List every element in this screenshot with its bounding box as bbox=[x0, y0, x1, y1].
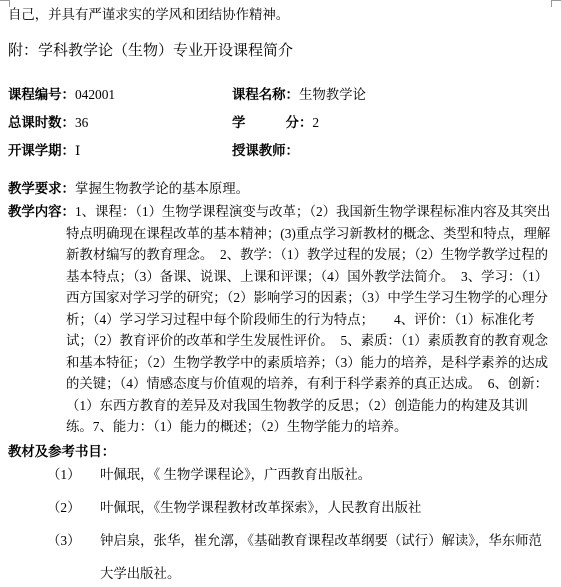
field-semester-label: 开课学期： bbox=[8, 143, 75, 158]
field-course-name-value: 生物教学论 bbox=[299, 87, 366, 102]
field-instructor: 授课教师： bbox=[232, 137, 553, 165]
teaching-requirements: 教学要求：掌握生物教学论的基本原理。 bbox=[8, 178, 553, 200]
bibliography-item-text: 钟启泉，张华，崔允漷，《基础教育课程改革纲要（试行）解读》，华东师范大学出版社。 bbox=[100, 533, 542, 581]
field-credits-value: 2 bbox=[312, 115, 319, 130]
text-boundary-corner-left bbox=[0, 0, 10, 7]
bibliography-item-number: （3） bbox=[47, 524, 80, 557]
field-semester-value: Ⅰ bbox=[75, 143, 80, 158]
teaching-content-label: 教学内容： bbox=[8, 204, 75, 219]
teaching-requirements-label: 教学要求： bbox=[8, 181, 75, 196]
course-info-row: 总课时数：36 学 分：2 bbox=[8, 109, 553, 137]
field-course-name: 课程名称：生物教学论 bbox=[232, 81, 553, 109]
bibliography-item: （1）叶佩珉，《 生物学课程论》，广西教育出版社。 bbox=[8, 458, 553, 491]
teaching-requirements-text: 掌握生物教学论的基本原理。 bbox=[75, 181, 249, 196]
text-boundary-corner-right bbox=[551, 0, 561, 7]
bibliography-list: （1）叶佩珉，《 生物学课程论》，广西教育出版社。 （2）叶佩珉，《生物学课程教… bbox=[8, 458, 553, 587]
attachment-heading: 附：学科教学论（生物）专业开设课程简介 bbox=[8, 40, 553, 62]
course-info-row: 课程编号：042001 课程名称：生物教学论 bbox=[8, 81, 553, 109]
field-total-hours-label: 总课时数： bbox=[8, 115, 75, 130]
bibliography-item-text: 叶佩珉，《生物学课程教材改革探索》，人民教育出版社 bbox=[100, 500, 421, 515]
bibliography-item: （3）钟启泉，张华，崔允漷，《基础教育课程改革纲要（试行）解读》，华东师范大学出… bbox=[8, 524, 553, 587]
field-total-hours-value: 36 bbox=[75, 115, 88, 130]
field-course-number: 课程编号：042001 bbox=[8, 81, 232, 109]
teaching-content-text: 1、课程：（1）生物学课程演变与改革；（2）我国新生物学课程标准内容及其突出特点… bbox=[66, 204, 550, 434]
course-info-table: 课程编号：042001 课程名称：生物教学论 总课时数：36 学 分：2 开课学… bbox=[8, 81, 553, 165]
course-info-row: 开课学期：Ⅰ 授课教师： bbox=[8, 137, 553, 165]
bibliography-item: （2）叶佩珉，《生物学课程教材改革探索》，人民教育出版社 bbox=[8, 491, 553, 524]
field-course-number-label: 课程编号： bbox=[8, 87, 75, 102]
field-instructor-label: 授课教师： bbox=[232, 143, 299, 158]
field-course-name-label: 课程名称： bbox=[232, 87, 299, 102]
teaching-content: 教学内容：1、课程：（1）生物学课程演变与改革；（2）我国新生物学课程标准内容及… bbox=[8, 201, 553, 438]
document-page: 自己，并具有严谨求实的学风和团结协作精神。 附：学科教学论（生物）专业开设课程简… bbox=[0, 0, 561, 587]
field-course-number-value: 042001 bbox=[75, 87, 115, 102]
field-credits: 学 分：2 bbox=[232, 109, 553, 137]
field-credits-label: 学 分： bbox=[232, 115, 312, 130]
field-total-hours: 总课时数：36 bbox=[8, 109, 232, 137]
bibliography-item-number: （1） bbox=[47, 458, 80, 491]
field-semester: 开课学期：Ⅰ bbox=[8, 137, 232, 165]
bibliography-item-text: 叶佩珉，《 生物学课程论》，广西教育出版社。 bbox=[100, 467, 371, 482]
intro-text: 自己，并具有严谨求实的学风和团结协作精神。 bbox=[8, 4, 553, 26]
bibliography-item-number: （2） bbox=[47, 491, 80, 524]
